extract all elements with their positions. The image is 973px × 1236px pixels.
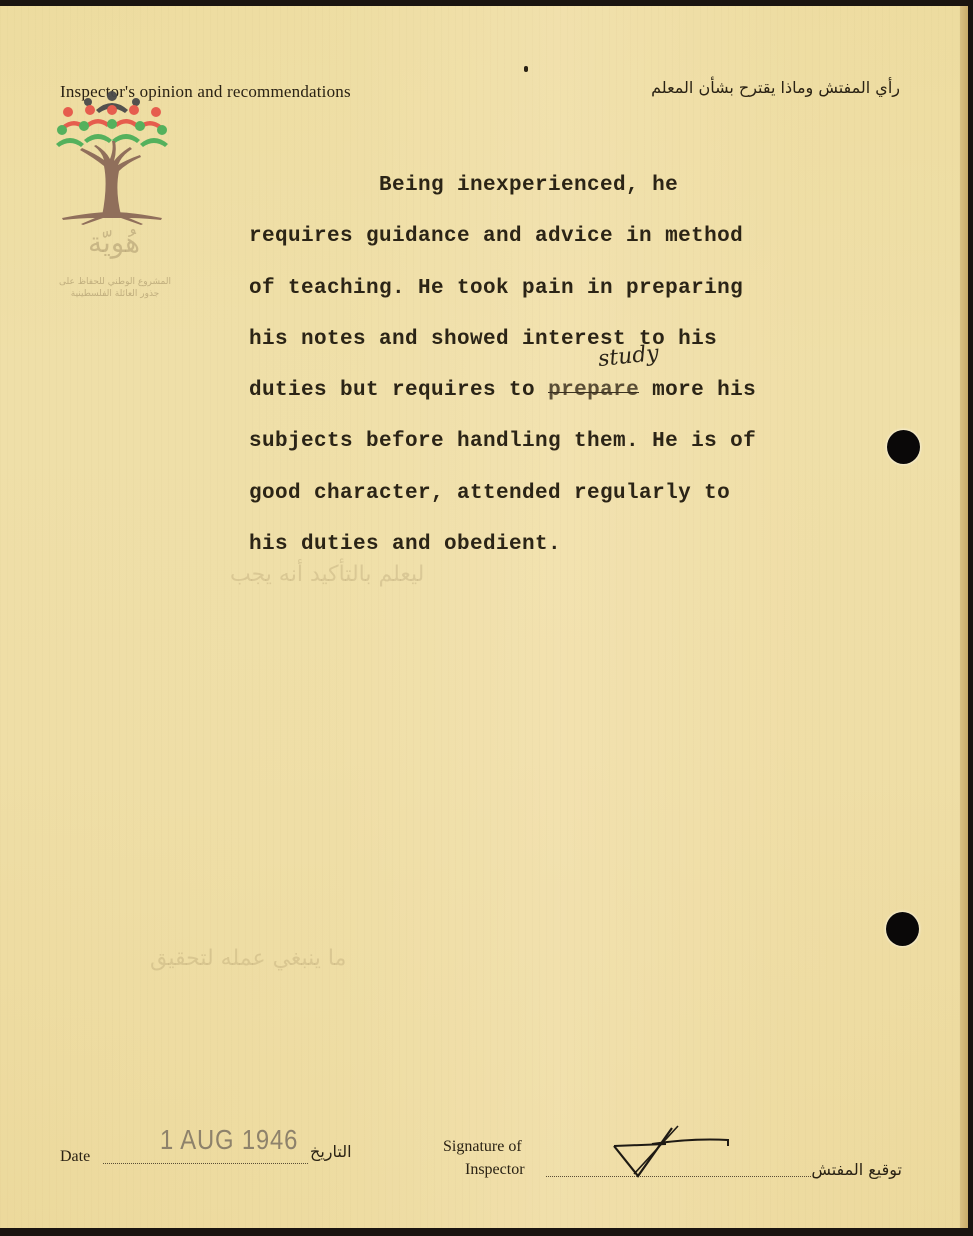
- date-label: Date: [60, 1148, 90, 1166]
- body-line: his duties and obedient.: [249, 519, 869, 570]
- header-title-ar: رأي المفتش وماذا يقترح بشأن المعلم: [651, 78, 900, 97]
- paper-edge: [960, 6, 968, 1228]
- date-stamp: 1 AUG 1946: [160, 1124, 298, 1156]
- signature-label-line2: Inspector: [443, 1158, 525, 1181]
- inspector-opinion-text: Being inexperienced, he requires guidanc…: [249, 160, 869, 570]
- signature-label-line1: Signature of: [443, 1135, 525, 1158]
- document-page: ليعلم بالتأكيد أنه يجب ما ينبغي عمله لتح…: [0, 6, 968, 1228]
- struck-word: prepare: [548, 379, 639, 402]
- hole-punch-lower: [886, 912, 919, 946]
- watermark-name: هُويّة: [88, 226, 140, 259]
- date-label-ar: التاريخ: [310, 1142, 352, 1161]
- body-line: good character, attended regularly to: [249, 468, 869, 519]
- watermark-tagline-line1: المشروع الوطني للحفاظ على: [50, 276, 180, 288]
- signature-label: Signature of Inspector: [443, 1135, 525, 1181]
- body-line: requires guidance and advice in method: [249, 211, 869, 262]
- date-dotted-line: [103, 1163, 308, 1164]
- body-line-with-correction: duties but requires to prepare more his: [249, 365, 869, 416]
- tree-logo-icon: [50, 88, 180, 228]
- body-line: subjects before handling them. He is of: [249, 416, 869, 467]
- body-line-start: duties but requires to: [249, 379, 548, 402]
- ink-speck: [524, 66, 528, 72]
- body-line: of teaching. He took pain in preparing: [249, 263, 869, 314]
- watermark-logo: هُويّة المشروع الوطني للحفاظ على جذور ال…: [50, 88, 180, 308]
- body-line: Being inexperienced, he: [249, 160, 869, 211]
- watermark-tagline: المشروع الوطني للحفاظ على جذور العائلة ا…: [50, 276, 180, 300]
- bleed-through-text: ما ينبغي عمله لتحقيق: [150, 946, 346, 971]
- body-line-end: more his: [639, 379, 756, 402]
- signature-label-ar: توقيع المفتش: [811, 1160, 902, 1179]
- hole-punch-upper: [887, 430, 920, 464]
- body-line: his notes and showed interest to his: [249, 314, 869, 365]
- watermark-tagline-line2: جذور العائلة الفلسطينية: [50, 288, 180, 300]
- inspector-signature-icon: [612, 1124, 737, 1184]
